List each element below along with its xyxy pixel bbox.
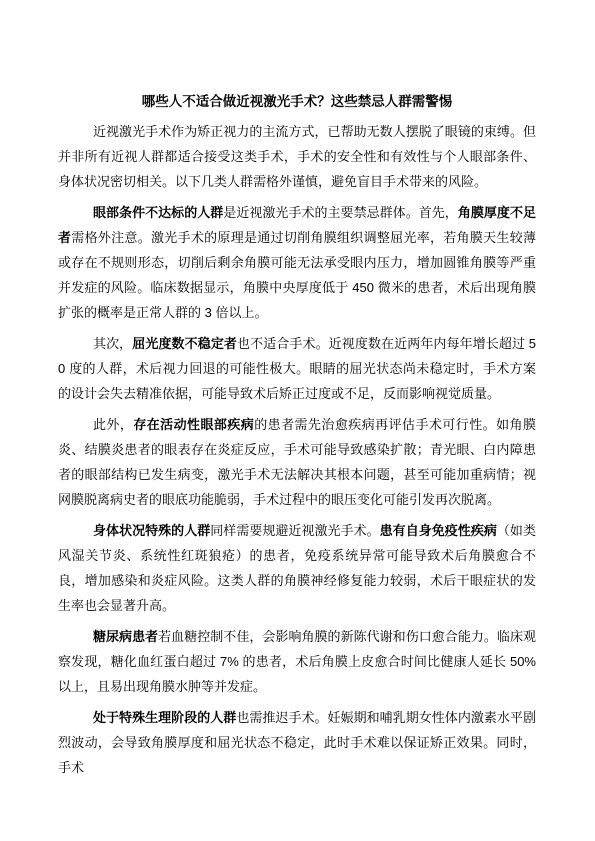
bold-text-run: 存在活动性眼部疾病 — [133, 417, 254, 432]
paragraph: 此外，存在活动性眼部疾病的患者需先治愈疾病再评估手术可行性。如角膜炎、结膜炎患者… — [58, 412, 536, 512]
text-run: 是近视激光手术的主要禁忌群体。首先， — [223, 205, 458, 220]
document-page: 哪些人不适合做近视激光手术？这些禁忌人群需警惕 近视激光手术作为矫正视力的主流方… — [0, 0, 595, 841]
text-run: 需格外注意。激光手术的原理是通过切削角膜组织调整屈光率，若角膜天生较薄或存在不规… — [58, 230, 536, 320]
document-title: 哪些人不适合做近视激光手术？这些禁忌人群需警惕 — [58, 89, 536, 114]
bold-text-run: 身体状况特殊的人群 — [93, 523, 210, 538]
text-run: 其次， — [93, 336, 132, 351]
paragraph: 糖尿病患者若血糖控制不佳，会影响角膜的新陈代谢和伤口愈合能力。临床观察发现，糖化… — [58, 624, 536, 699]
paragraph: 处于特殊生理阶段的人群也需推迟手术。妊娠期和哺乳期女性体内激素水平剧烈波动，会导… — [58, 705, 536, 780]
bold-text-run: 糖尿病患者 — [93, 629, 158, 644]
bold-text-run: 患有自身免疫性疾病 — [380, 523, 497, 538]
bold-text-run: 屈光度数不稳定者 — [132, 336, 237, 351]
text-run: 此外， — [93, 417, 133, 432]
text-run: 近视激光手术作为矫正视力的主流方式，已帮助无数人摆脱了眼镜的束缚。但并非所有近视… — [58, 124, 536, 189]
document-body: 近视激光手术作为矫正视力的主流方式，已帮助无数人摆脱了眼镜的束缚。但并非所有近视… — [58, 119, 536, 780]
paragraph: 其次，屈光度数不稳定者也不适合手术。近视度数在近两年内每年增长超过 50 度的人… — [58, 331, 536, 406]
bold-text-run: 眼部条件不达标的人群 — [93, 205, 223, 220]
paragraph: 近视激光手术作为矫正视力的主流方式，已帮助无数人摆脱了眼镜的束缚。但并非所有近视… — [58, 119, 536, 194]
text-run: 同样需要规避近视激光手术。 — [210, 523, 379, 538]
paragraph: 眼部条件不达标的人群是近视激光手术的主要禁忌群体。首先，角膜厚度不足者需格外注意… — [58, 200, 536, 325]
paragraph: 身体状况特殊的人群同样需要规避近视激光手术。患有自身免疫性疾病（如类风湿关节炎、… — [58, 518, 536, 618]
document-content: 哪些人不适合做近视激光手术？这些禁忌人群需警惕 近视激光手术作为矫正视力的主流方… — [58, 89, 536, 786]
bold-text-run: 处于特殊生理阶段的人群 — [93, 710, 236, 725]
